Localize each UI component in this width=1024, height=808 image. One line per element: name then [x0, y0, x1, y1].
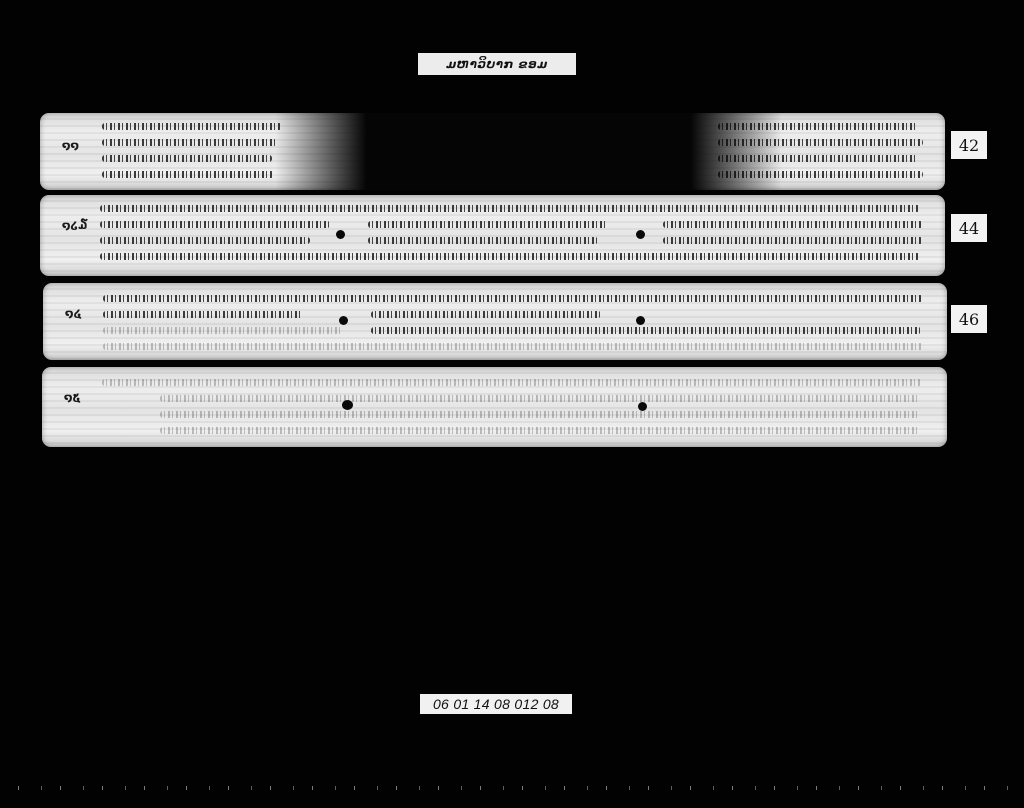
string-hole-right: [636, 230, 645, 239]
page-label-46: 46: [951, 305, 987, 333]
leaf-text-block: [98, 203, 931, 268]
leaf-margin-number: ໑໒໓: [62, 219, 87, 232]
palm-leaf-1: ໑໑: [40, 113, 945, 190]
string-hole-left: [336, 230, 345, 239]
leaf-text-block: [100, 375, 933, 439]
archive-id-label: 06 01 14 08 012 08: [420, 694, 572, 714]
page-label-44: 44: [951, 214, 987, 242]
leaf-margin-number: ໑໔: [65, 307, 82, 320]
palm-leaf-4: ໑໕: [42, 367, 947, 447]
film-edge-marks: [0, 786, 1024, 790]
leaf-text-block: [101, 291, 933, 352]
leaf-margin-number: ໑໑: [62, 139, 79, 152]
leaf-text-block: [98, 121, 931, 182]
string-hole-left: [339, 316, 348, 325]
palm-leaf-2: ໑໒໓: [40, 195, 945, 276]
manuscript-title-label: ມຫາວິບາກ ຂອມ: [418, 53, 576, 75]
string-hole-left: [342, 400, 353, 410]
leaf-margin-number: ໑໕: [64, 391, 81, 404]
microfilm-frame: ມຫາວິບາກ ຂອມ ໑໑ 42 ໑໒໓ 44: [0, 0, 1024, 808]
page-label-42: 42: [951, 131, 987, 159]
string-hole-right: [638, 402, 647, 411]
string-hole-right: [636, 316, 645, 325]
palm-leaf-3: ໑໔: [43, 283, 947, 360]
